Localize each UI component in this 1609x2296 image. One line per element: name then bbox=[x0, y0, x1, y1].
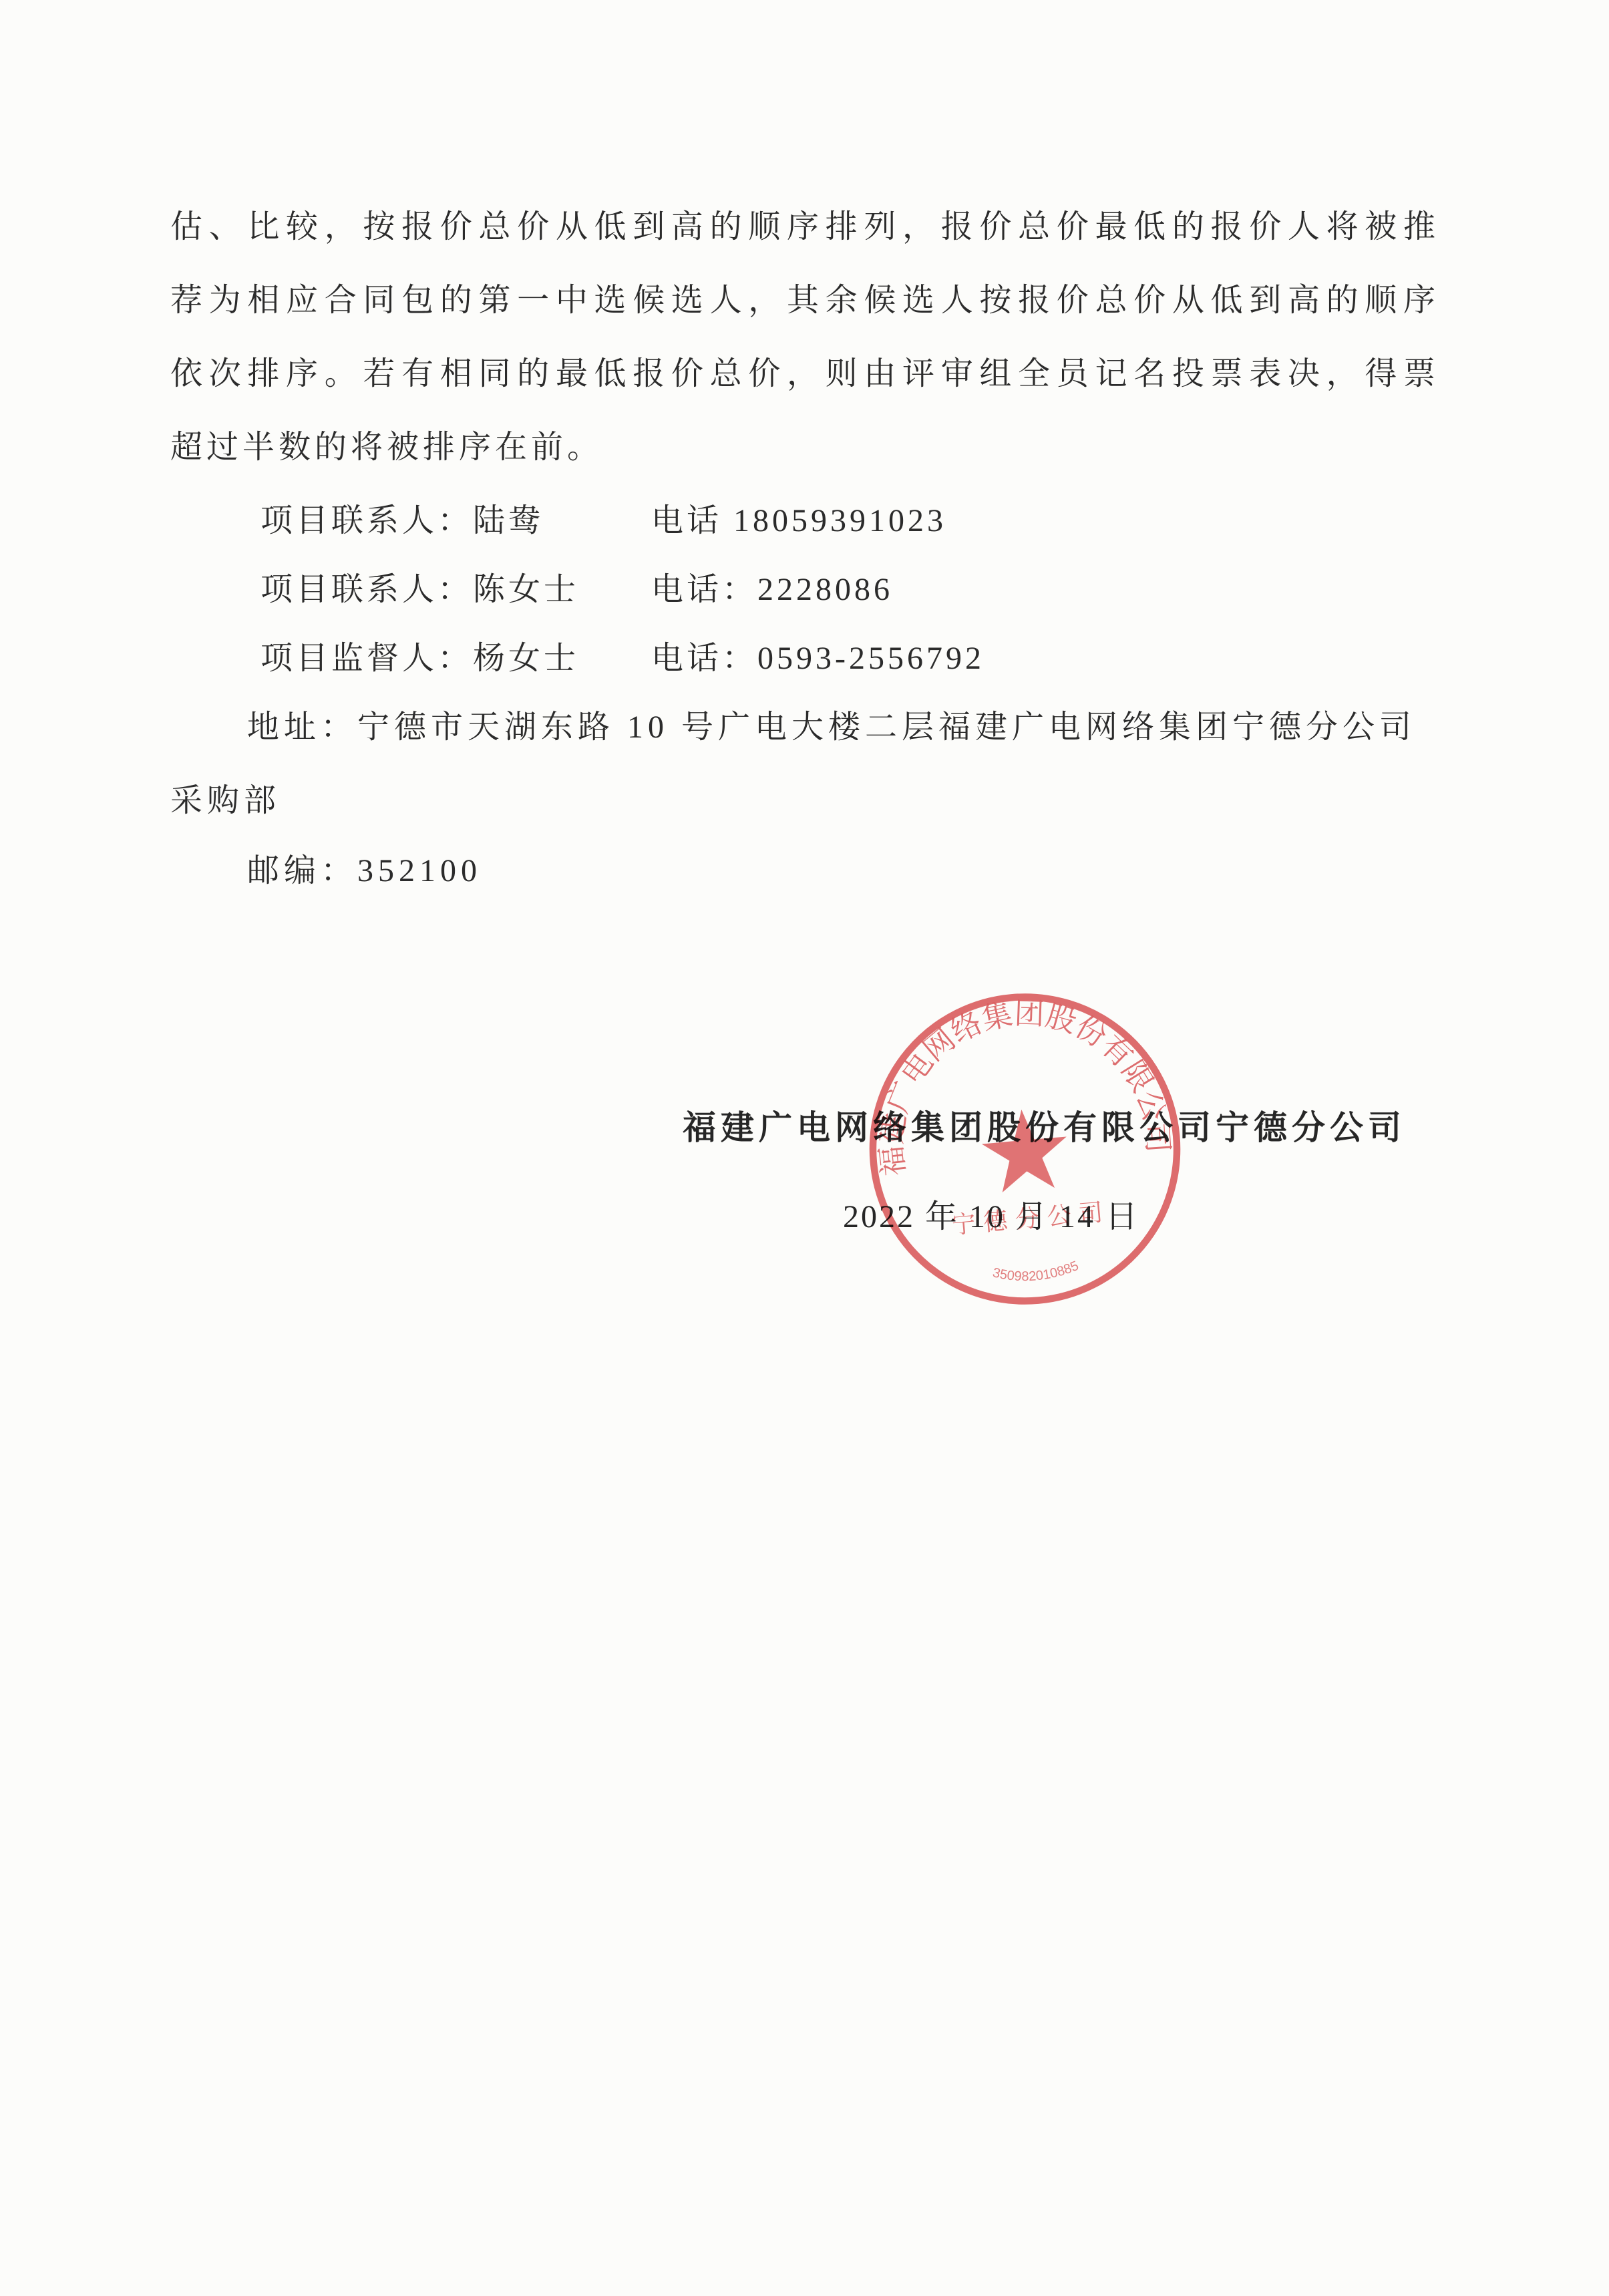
contact-row: 项目联系人：陆鸯 电话 18059391023 bbox=[260, 486, 1449, 555]
contact-label: 项目监督人：杨女士 bbox=[260, 624, 651, 693]
contact-phone: 电话 18059391023 bbox=[651, 486, 946, 555]
body-paragraph: 估、比较，按报价总价从低到高的顺序排列，报价总价最低的报价人将被推 荐为相应合同… bbox=[170, 190, 1439, 484]
paragraph-line: 荐为相应合同包的第一中选候选人，其余候选人按报价总价从低到高的顺序 bbox=[170, 264, 1439, 337]
svg-text:350982010885: 350982010885 bbox=[990, 1258, 1081, 1287]
address-line-wrap: 采购部 bbox=[170, 764, 281, 838]
company-seal-stamp-icon: 福建广电网络集团股份有限公司 宁德分公司 350982010885 bbox=[848, 976, 1202, 1323]
paragraph-line: 超过半数的将被排序在前。 bbox=[170, 411, 1439, 484]
scanned-document-page: 估、比较，按报价总价从低到高的顺序排列，报价总价最低的报价人将被推 荐为相应合同… bbox=[0, 0, 1609, 2296]
contact-phone: 电话：2228086 bbox=[651, 555, 893, 624]
paragraph-line: 依次排序。若有相同的最低报价总价，则由评审组全员记名投票表决，得票 bbox=[170, 337, 1439, 411]
contact-label: 项目联系人：陈女士 bbox=[260, 555, 651, 624]
address-line: 地址：宁德市天湖东路 10 号广电大楼二层福建广电网络集团宁德分公司 bbox=[247, 691, 1469, 764]
seal-serial-number: 350982010885 bbox=[990, 1258, 1081, 1287]
contact-row: 项目监督人：杨女士 电话：0593-2556792 bbox=[260, 624, 1449, 693]
seal-star-icon bbox=[979, 1106, 1071, 1194]
contact-row: 项目联系人：陈女士 电话：2228086 bbox=[260, 555, 1449, 624]
contact-phone: 电话：0593-2556792 bbox=[651, 624, 985, 693]
paragraph-line: 估、比较，按报价总价从低到高的顺序排列，报价总价最低的报价人将被推 bbox=[170, 190, 1439, 264]
contact-label: 项目联系人：陆鸯 bbox=[260, 486, 651, 555]
contact-list: 项目联系人：陆鸯 电话 18059391023 项目联系人：陈女士 电话：222… bbox=[260, 486, 1449, 693]
seal-branch-text: 宁德分公司 bbox=[950, 1198, 1112, 1239]
postal-code: 邮编：352100 bbox=[247, 834, 482, 908]
